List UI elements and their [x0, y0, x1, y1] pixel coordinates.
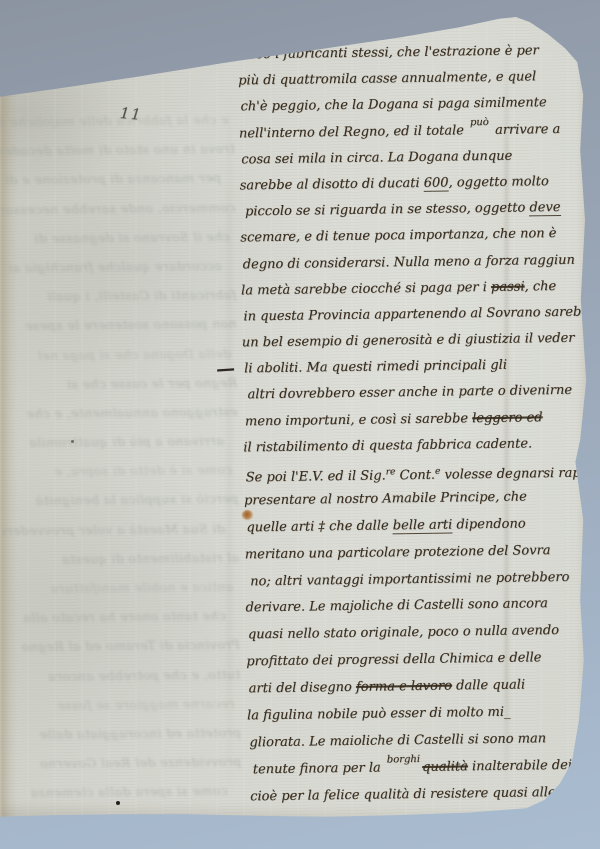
- manuscript-text-segment: scemare, e di tenue poca importanza, che…: [240, 226, 556, 245]
- bleedthrough-line: protetta ed incoraggiata dalle: [5, 718, 241, 750]
- manuscript-line: un bel esempio di generosità e di giusti…: [242, 326, 590, 357]
- manuscript-text-segment: no; altri vantaggi importantissimi ne po…: [250, 569, 569, 588]
- manuscript-text-segment: la figulina nobile può esser di molto mi…: [247, 705, 511, 724]
- manuscript-text-segment: arrivare a: [491, 122, 561, 138]
- manuscript-text-segment: Se poi l'E.V. ed il Sig.: [246, 468, 386, 485]
- bleedthrough-line: perciò si supplica la benignità: [2, 484, 238, 516]
- bleedthrough-line: provvidenze del Real Governo: [5, 747, 241, 779]
- page-number: 11: [119, 104, 143, 124]
- bleedthrough-line: estraggono annualmente, e che: [1, 397, 237, 429]
- bleedthrough-line: antica e nobile manifattura: [3, 572, 239, 604]
- manuscript-text-segment: deco i fabricanti stessi, che l'estrazio…: [240, 43, 539, 62]
- bleedthrough-line: recarne maggiore se fosse: [4, 689, 240, 721]
- manuscript-text-segment: belle arti: [393, 517, 453, 534]
- manuscript-text-segment: arti del disegno: [249, 680, 356, 696]
- manuscript-text-segment: il ristabilimento di questa fabbrica cad…: [243, 436, 532, 455]
- manuscript-text-segment: cioè per la felice qualità di resistere …: [250, 785, 556, 804]
- manuscript-text-segment: altri dovrebbero esser anche in parte o …: [247, 383, 572, 403]
- manuscript-text-segment: la metà sarebbe ciocché si paga per i: [241, 280, 491, 298]
- bleedthrough-line: trova in uno stato di molta decadenza: [0, 134, 235, 166]
- manuscript-line: scemare, e di tenue poca importanza, che…: [240, 221, 588, 252]
- manuscript-text-segment: profittato dei progressi della Chimica e…: [246, 651, 541, 670]
- bleedthrough-line: che il Sovrano si degnasse di: [0, 222, 236, 254]
- bleedthrough-line: della Dogana che si paga nel: [1, 338, 237, 370]
- manuscript-text-segment: meritano una particolare protezione del …: [245, 543, 551, 562]
- manuscript-text-segment: li aboliti. Ma questi rimedi principali …: [244, 358, 507, 377]
- bleedthrough-line: non possono sostenere le spese: [0, 309, 236, 341]
- manuscript-text-segment: quasi nello stato originale, poco o null…: [248, 623, 559, 642]
- manuscript-text-segment: qualità: [422, 759, 468, 775]
- manuscript-text-segment: degno di considerarsi. Nulla meno a forz…: [243, 252, 575, 272]
- manuscript-text-segment: presentare al nostro Amabile Principe, c…: [244, 489, 527, 508]
- manuscript-text-segment: re: [386, 467, 396, 477]
- bleedthrough-line: come si è detto di sopra, e: [2, 455, 238, 487]
- bleedthrough-line: per mancanza di protezione e di: [0, 163, 235, 195]
- bleedthrough-line: al ristabilimento di questa: [3, 543, 239, 575]
- manuscript-text-segment: passi: [491, 279, 525, 294]
- manuscript-text-segment: deve: [529, 200, 560, 216]
- bleedthrough-line: commercio, onde sarebbe necessario: [0, 192, 236, 224]
- manuscript-text-segment: piccolo se si riguarda in se stesso, ogg…: [245, 201, 530, 220]
- manuscript-text-segment: leggero ed: [472, 410, 543, 426]
- manuscript-text-segment: quelle arti ‡ che dalle: [246, 518, 393, 535]
- manuscript-line: Se poi l'E.V. ed il Sig.re Cont.e voless…: [244, 457, 592, 489]
- bleedthrough-line: accordare qualche franchigia ai: [0, 251, 236, 283]
- manuscript-text-segment: 600: [424, 175, 449, 191]
- bleedthrough-line: Regno per le casse che si: [1, 367, 237, 399]
- manuscript-text-segment: meno importuni, e così si sarebbe: [245, 411, 472, 429]
- manuscript-text-segment: cosa sei mila in circa. La Dogana dunque: [241, 148, 512, 167]
- manuscript-line: quasi nello stato originale, poco o null…: [246, 618, 594, 650]
- manuscript-text-segment: può: [470, 110, 489, 136]
- manuscript-photo: e che la fabbrica delle majoliche sitrov…: [0, 0, 600, 849]
- manuscript-text-segment: ch'è peggio, che la Dogana si paga simil…: [240, 96, 546, 115]
- manuscript-text-segment: in questa Provincia appartenendo al Sovr…: [243, 304, 597, 324]
- margin-dash-mark: —: [215, 357, 235, 380]
- manuscript-line: nell'interno del Regno, ed il totale può…: [239, 116, 587, 147]
- manuscript-text-segment: più di quattromila casse annualmente, e …: [238, 69, 536, 88]
- bleedthrough-line: come si spera dalla clemenza: [5, 776, 241, 808]
- bleedthrough-line: Provincia di Teramo ed al Regno: [4, 630, 240, 662]
- manuscript-text-segment: nell'interno del Regno, ed il totale: [239, 123, 468, 141]
- bleedthrough-line: tutto, e che potrebbe ancora: [4, 659, 240, 691]
- manuscript-page: e che la fabbrica delle majoliche sitrov…: [0, 0, 600, 849]
- manuscript-text-segment: , oggetto molto: [448, 174, 548, 190]
- manuscript-text-segment: inalterabile dei gra,: [468, 757, 600, 774]
- manuscript-text-segment: dipendono: [452, 516, 526, 532]
- manuscript-text-segment: Cont.: [395, 468, 435, 484]
- manuscript-text: deco i fabricanti stessi, che l'estrazio…: [238, 38, 597, 811]
- manuscript-text-segment: tenute finora per la: [253, 760, 385, 777]
- bleedthrough-line: e che la fabbrica delle majoliche si: [0, 105, 235, 137]
- bleedthrough-line: di Sua Maestà a voler provvedere: [3, 513, 239, 545]
- manuscript-text-segment: dalle quali: [452, 678, 525, 694]
- bleedthrough-line: arrivano a più di quattromila: [2, 426, 238, 458]
- bleedthrough-text: e che la fabbrica delle majoliche sitrov…: [0, 105, 242, 808]
- ink-speck: [116, 801, 120, 805]
- bleedthrough-line: fabricanti di Castelli, i quali: [0, 280, 236, 312]
- ink-speck: [71, 440, 74, 443]
- manuscript-text-segment: forma e lavoro: [356, 679, 452, 695]
- manuscript-text-segment: un bel esempio di generosità e di giusti…: [242, 331, 575, 351]
- manuscript-text-segment: sarebbe al disotto di ducati: [240, 176, 424, 194]
- bleedthrough-line: che tanto onore ha recato alla: [4, 601, 240, 633]
- manuscript-line: meritano una particolare protezione del …: [245, 537, 593, 569]
- manuscript-text-segment: derivare. Le majoliche di Castelli sono …: [245, 597, 548, 616]
- manuscript-text-segment: volesse degnarsi rap: [440, 466, 580, 483]
- manuscript-line: meno importuni, e così si sarebbe legger…: [243, 404, 591, 435]
- manuscript-text-segment: , che: [524, 279, 556, 294]
- manuscript-text-segment: borghi: [387, 747, 421, 774]
- manuscript-line: cioè per la felice qualità di resistere …: [248, 779, 596, 811]
